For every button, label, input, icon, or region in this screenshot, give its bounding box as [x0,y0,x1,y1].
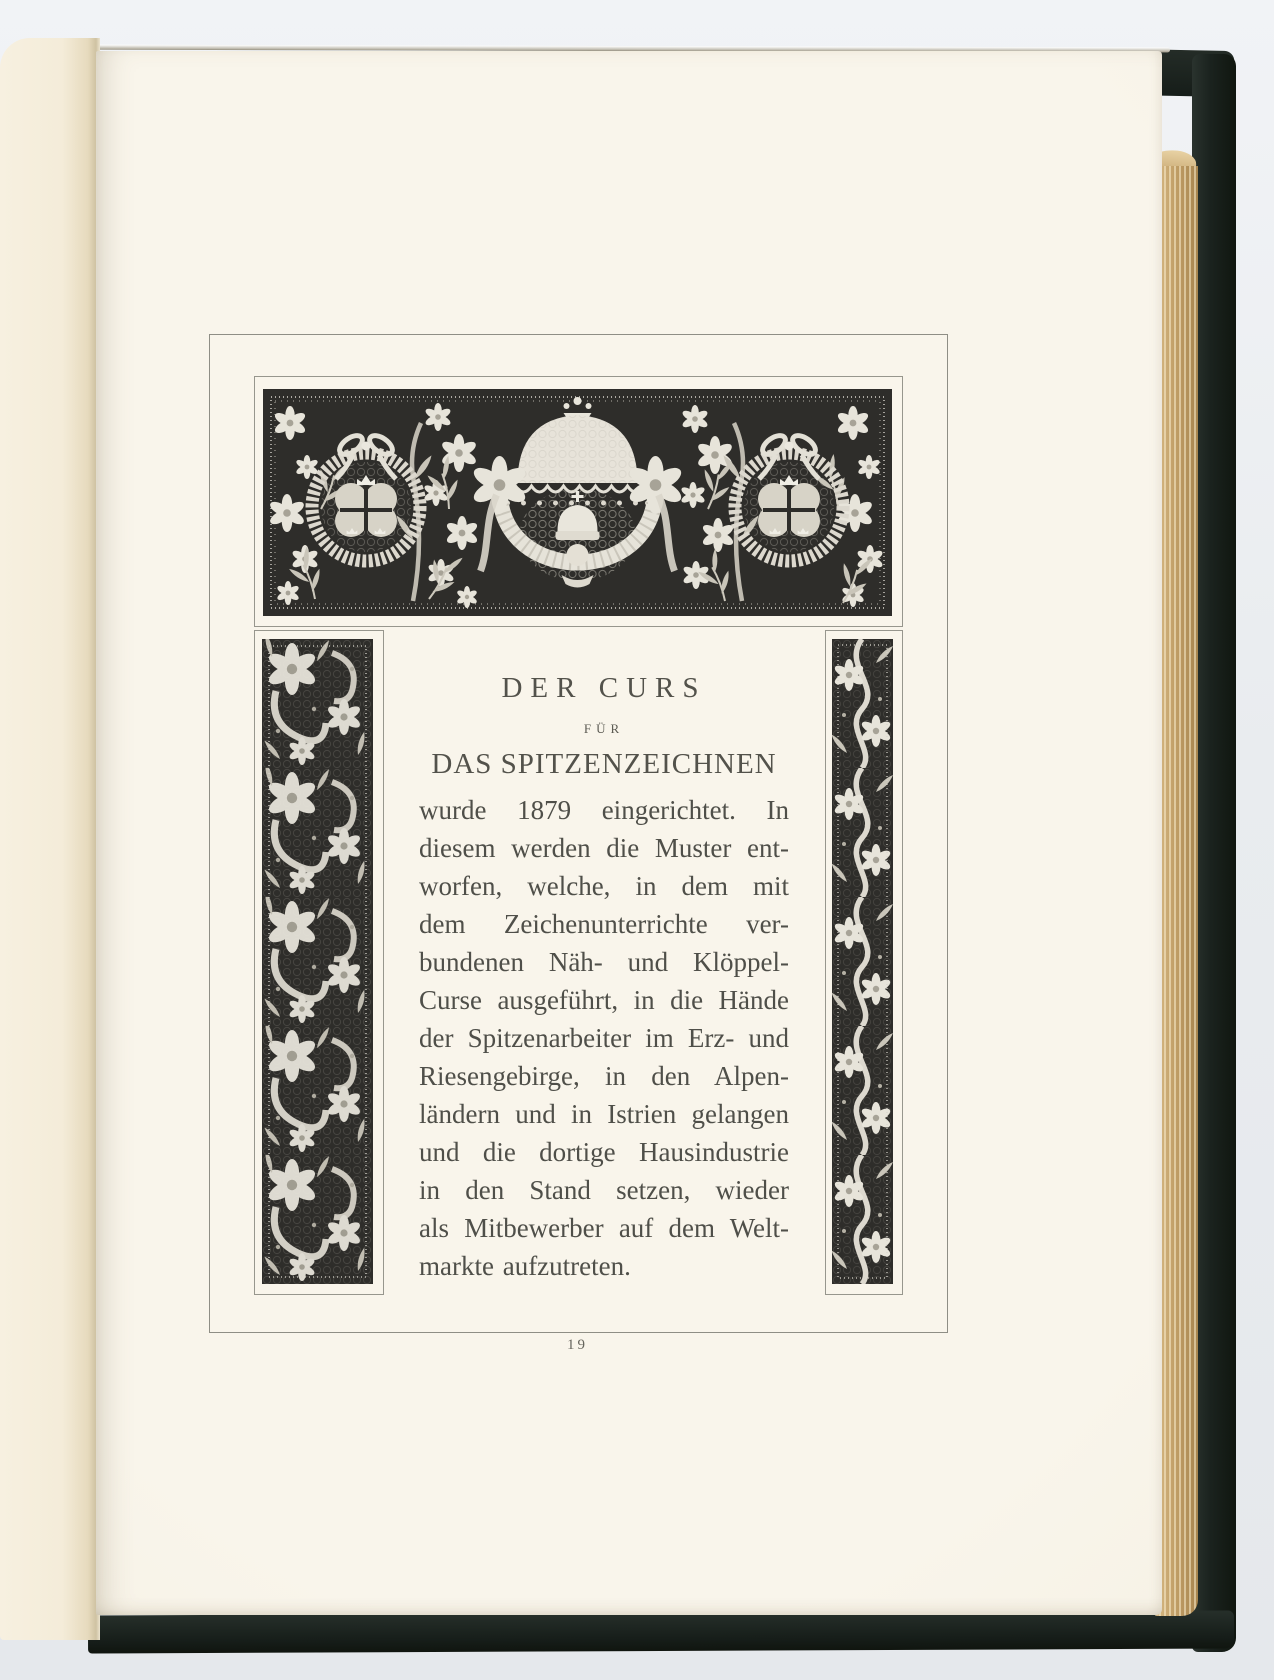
right-lace-ornament [832,639,893,1284]
body-line: der Spitzenarbeiter im Erz- und [419,1019,789,1057]
body-line: bundenen Näh- und Klöppel- [419,943,789,981]
book-cover-fore-edge [1192,54,1236,1652]
page-number: 19 [209,1337,946,1354]
gutter-adjacent-page [0,38,100,1640]
body-line: Riesengebirge, in den Alpen- [419,1057,789,1095]
body-line: ländern und in Istrien gelangen [419,1095,789,1133]
body-line: in den Stand setzen, wieder [419,1171,789,1209]
heading-das-spitzenzeichnen: DAS SPITZENZEICHNEN [419,748,789,781]
body-line: und die dortige Hausindustrie [419,1133,789,1171]
body-line: dem Zeichenunterrichte ver- [419,905,789,943]
top-lace-ornament [263,389,892,616]
left-lace-ornament [262,639,373,1284]
body-line: worfen, welche, in dem mit [419,867,789,905]
body-line: Curse ausgeführt, in die Hände [419,981,789,1019]
body-text: wurde 1879 eingerichtet. In diesem werde… [419,791,789,1285]
chapter-heading: DER CURS FÜR DAS SPITZENZEICHNEN [419,672,789,781]
photograph-of-open-book: DER CURS FÜR DAS SPITZENZEICHNEN wurde 1… [0,0,1274,1680]
heading-fuer: FÜR [419,721,789,737]
book-cover-bottom-edge [88,1611,1234,1654]
body-line: als Mitbewerber auf dem Welt- [419,1209,789,1247]
body-line: markte aufzutreten. [419,1247,789,1285]
heading-der-curs: DER CURS [419,672,789,704]
body-line: diesem werden die Muster ent- [419,829,789,867]
body-line: wurde 1879 eingerichtet. In [419,791,789,829]
